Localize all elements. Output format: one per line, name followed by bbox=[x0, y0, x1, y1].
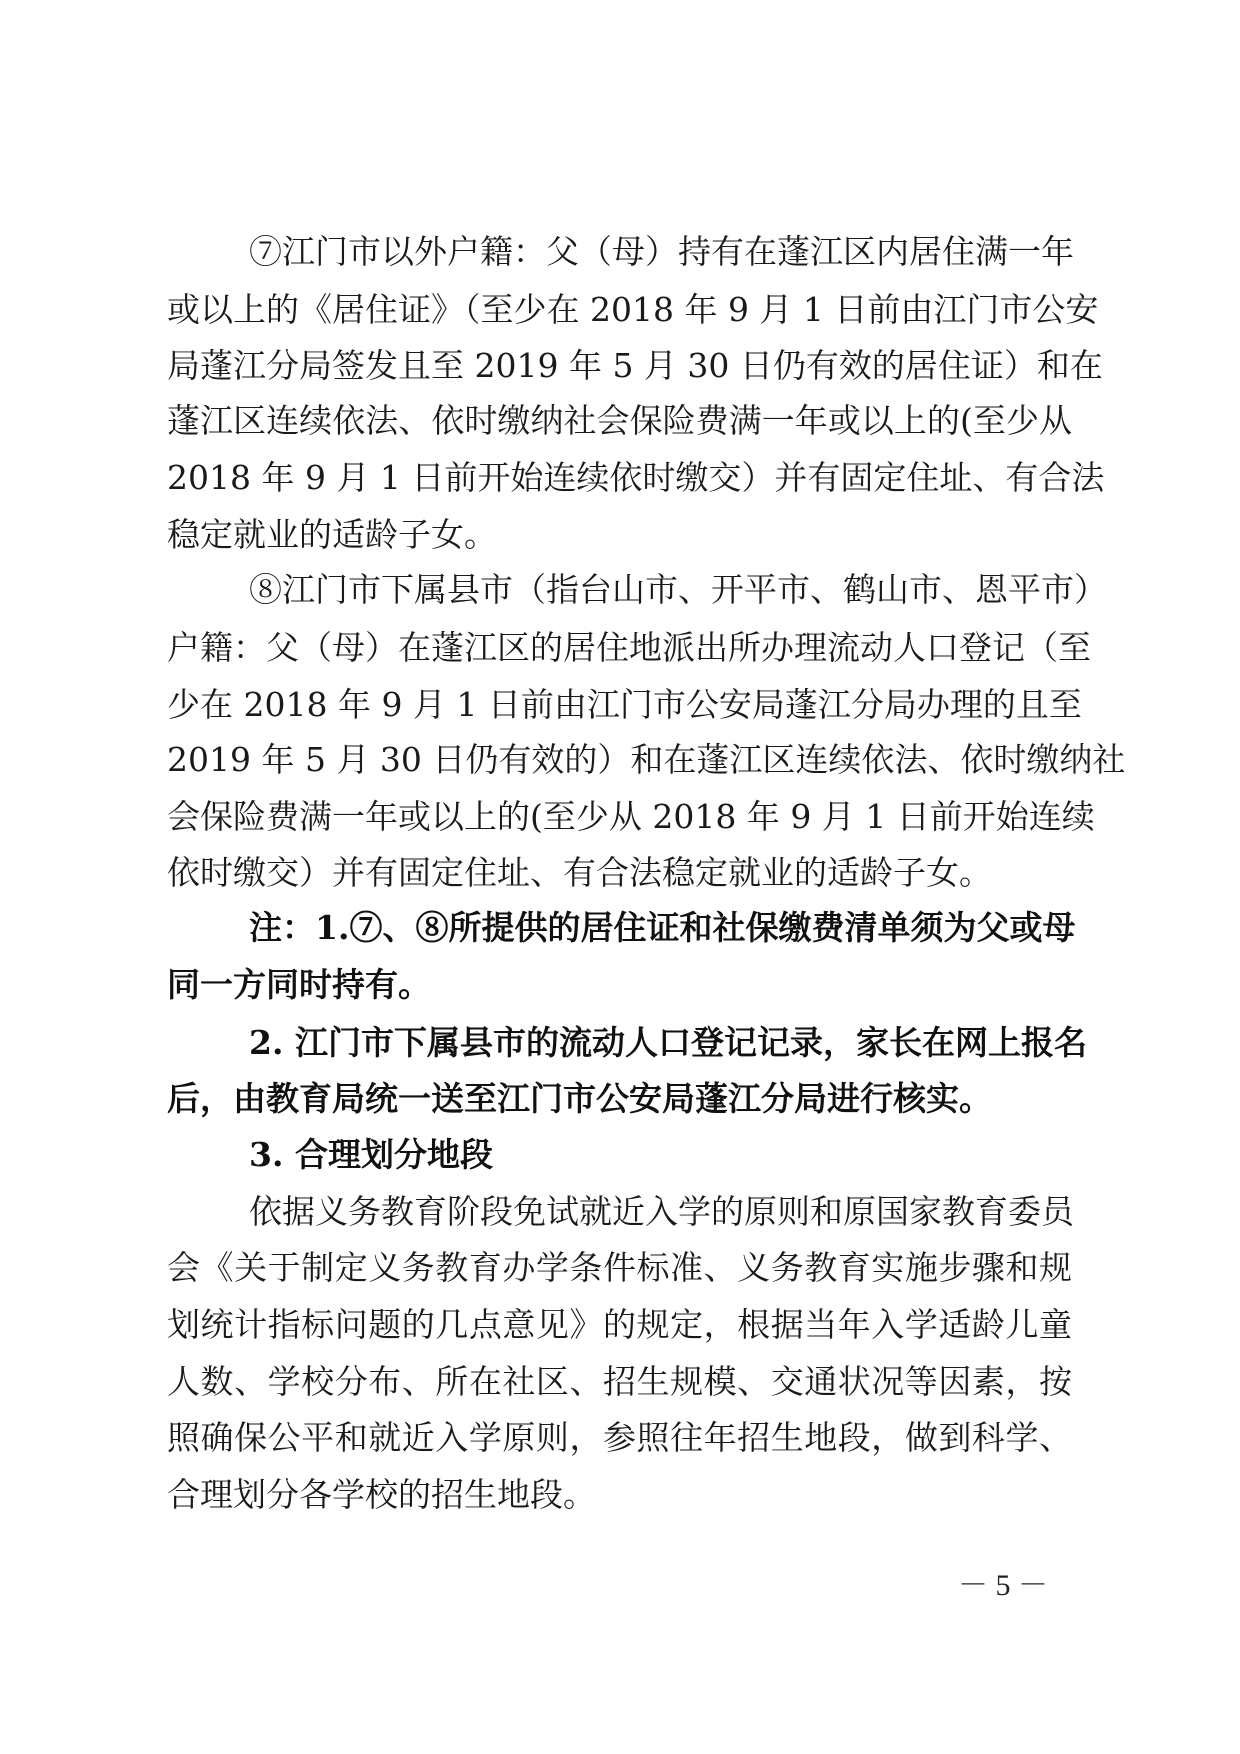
paragraph-line: 或以上的《居住证》（至少在 2018 年 9 月 1 日前由江门市公安 bbox=[167, 287, 1072, 333]
paragraph-line: 合理划分各学校的招生地段。 bbox=[167, 1472, 1072, 1518]
paragraph-line: 划统计指标问题的几点意见》的规定，根据当年入学适龄儿童 bbox=[167, 1302, 1072, 1348]
paragraph-line: 人数、学校分布、所在社区、招生规模、交通状况等因素，按 bbox=[167, 1359, 1072, 1405]
paragraph-line: ⑧江门市下属县市（指台山市、开平市、鹤山市、恩平市） bbox=[249, 567, 1072, 613]
paragraph-line: 依据义务教育阶段免试就近入学的原则和原国家教育委员 bbox=[249, 1189, 1072, 1235]
paragraph-line: 少在 2018 年 9 月 1 日前由江门市公安局蓬江分局办理的且至 bbox=[167, 682, 1072, 728]
document-page: ⑦江门市以外户籍：父（母）持有在蓬江区内居住满一年 或以上的《居住证》（至少在 … bbox=[0, 0, 1240, 1754]
paragraph-line: ⑦江门市以外户籍：父（母）持有在蓬江区内居住满一年 bbox=[249, 229, 1072, 275]
page-number: － 5 － bbox=[958, 1566, 1038, 1606]
paragraph-line: 户籍：父（母）在蓬江区的居住地派出所办理流动人口登记（至 bbox=[167, 625, 1072, 671]
note-line: 后，由教育局统一送至江门市公安局蓬江分局进行核实。 bbox=[167, 1076, 1072, 1122]
paragraph-line: 依时缴交）并有固定住址、有合法稳定就业的适龄子女。 bbox=[167, 850, 1072, 896]
paragraph-line: 照确保公平和就近入学原则，参照往年招生地段，做到科学、 bbox=[167, 1415, 1072, 1461]
paragraph-line: 蓬江区连续依法、依时缴纳社会保险费满一年或以上的(至少从 bbox=[167, 398, 1072, 444]
paragraph-line: 2018 年 9 月 1 日前开始连续依时缴交）并有固定住址、有合法 bbox=[167, 455, 1072, 501]
note-line: 2. 江门市下属县市的流动人口登记记录，家长在网上报名 bbox=[249, 1020, 1072, 1066]
paragraph-line: 局蓬江分局签发且至 2019 年 5 月 30 日仍有效的居住证）和在 bbox=[167, 343, 1072, 389]
section-heading: 3. 合理划分地段 bbox=[249, 1132, 1072, 1178]
paragraph-line: 会保险费满一年或以上的(至少从 2018 年 9 月 1 日前开始连续 bbox=[167, 794, 1072, 840]
note-line: 注：1.⑦、⑧所提供的居住证和社保缴费清单须为父或母 bbox=[249, 905, 1072, 951]
note-line: 同一方同时持有。 bbox=[167, 962, 1072, 1008]
paragraph-line: 会《关于制定义务教育办学条件标准、义务教育实施步骤和规 bbox=[167, 1245, 1072, 1291]
paragraph-line: 2019 年 5 月 30 日仍有效的）和在蓬江区连续依法、依时缴纳社 bbox=[167, 737, 1072, 783]
paragraph-line: 稳定就业的适龄子女。 bbox=[167, 512, 1072, 558]
